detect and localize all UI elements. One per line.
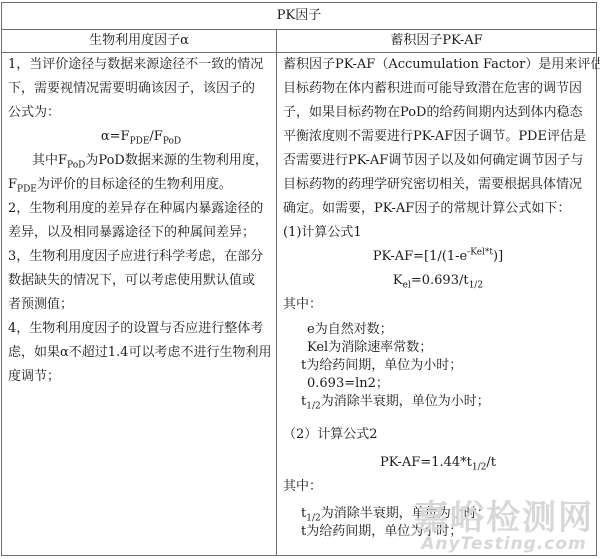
item4-line: 虑，如果α不超过1.4可以考虑不进行生物利用 — [8, 341, 274, 365]
def-thalf: t1/2为消除半衰期，单位为小时； — [283, 505, 593, 523]
column-header-row: 生物利用度因子α 蓄积因子PK-AF — [2, 29, 596, 53]
bioavailability-cell: 1，当评价途径与数据来源途径不一致的情况 下，需要视情况需要明确该因子，该因子的… — [8, 53, 274, 389]
formula1-kel: Kel=0.693/t1/2 — [283, 269, 593, 293]
intro-line: 蓄积因子PK-AF（Accumulation Factor）是用来评估 — [283, 53, 593, 77]
def-e: e为自然对数； — [283, 321, 593, 339]
def-ln2: 0.693=ln2； — [283, 375, 593, 393]
definitions-2: t1/2为消除半衰期，单位为小时； t为给药间期，单位为小时； — [283, 499, 593, 541]
def-thalf: t1/2为消除半衰期，单位为小时； — [283, 393, 593, 411]
where-line: FPDE为评价的目标途径的生物利用度。 — [8, 173, 274, 197]
formula1-pkaf: PK-AF=[1/(1-e-Kel*t)] — [283, 245, 593, 269]
column-header-bioavailability: 生物利用度因子α — [2, 29, 276, 52]
item1-line: 1，当评价途径与数据来源途径不一致的情况 — [8, 53, 274, 77]
item3-line: 3，生物利用度因子应进行科学考虑，在部分 — [8, 245, 274, 269]
column-header-accumulation: 蓄积因子PK-AF — [277, 29, 596, 52]
intro-line: 确定。如需要，PK-AF因子的常规计算公式如下： — [283, 197, 593, 221]
def-kel: Kel为消除速率常数； — [283, 339, 593, 357]
item3-line: 者预测值； — [8, 293, 274, 317]
item1-line: 下，需要视情况需要明确该因子，该因子的 — [8, 77, 274, 101]
item1-line: 公式为： — [8, 101, 274, 125]
def-t: t为给药间期，单位为小时； — [283, 523, 593, 541]
pk-factor-table: PK因子 生物利用度因子α 蓄积因子PK-AF 1，当评价途径与数据来源途径不一… — [1, 2, 597, 556]
where-label: 其中： — [283, 293, 593, 317]
item3-line: 数据缺失的情况下，可以考虑使用默认值或 — [8, 269, 274, 293]
formula2-pkaf: PK-AF=1.44*t1/2/t — [283, 451, 593, 475]
column-divider — [276, 29, 277, 555]
item4-line: 度调节； — [8, 365, 274, 389]
intro-line: 目标药物在体内蓄积进而可能导致潜在危害的调节因 — [283, 77, 593, 101]
accumulation-cell: 蓄积因子PK-AF（Accumulation Factor）是用来评估 目标药物… — [283, 53, 593, 541]
intro-line: 否需要进行PK-AF调节因子以及如何确定调节因子与 — [283, 149, 593, 173]
where-label: 其中： — [283, 475, 593, 499]
item2-line: 差异，以及相同暴露途径下的种属间差异； — [8, 221, 274, 245]
intro-line: 子，如果目标药物在PoD的给药间期内达到体内稳态 — [283, 101, 593, 125]
where-line: 其中FPoD为PoD数据来源的生物利用度， — [8, 149, 274, 173]
item2-line: 2，生物利用度的差异存在种属内暴露途径的 — [8, 197, 274, 221]
formula2-title: （2）计算公式2 — [283, 423, 593, 447]
item4-line: 4，生物利用度因子的设置与否应进行整体考 — [8, 317, 274, 341]
table-title: PK因子 — [2, 3, 596, 30]
intro-line: 平衡浓度则不需要进行PK-AF因子调节。PDE评估是 — [283, 125, 593, 149]
alpha-formula: α=FPDE/FPoD — [8, 125, 274, 149]
def-t: t为给药间期，单位为小时； — [283, 357, 593, 375]
formula1-title: (1)计算公式1 — [283, 221, 593, 245]
definitions-1: e为自然对数； Kel为消除速率常数； t为给药间期，单位为小时； 0.693=… — [283, 317, 593, 411]
intro-line: 目标药物的药理学研究密切相关，需要根据具体情况 — [283, 173, 593, 197]
